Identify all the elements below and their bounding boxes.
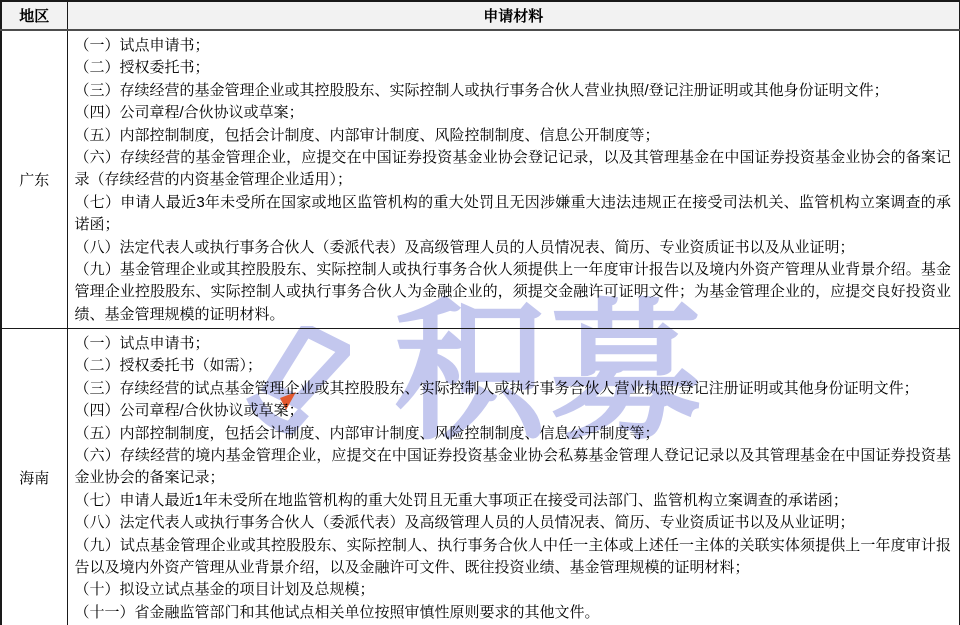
- material-item: （七）申请人最近1年未受所在地监管机构的重大处罚且无重大事项正在接受司法部门、监…: [75, 490, 952, 512]
- material-item: （五）内部控制制度，包括会计制度、内部审计制度、风险控制制度、信息公开制度等；: [75, 423, 952, 445]
- materials-cell: （一）试点申请书； （二）授权委托书； （三）存续经营的基金管理企业或其控股股东…: [67, 30, 960, 329]
- material-item: （一）试点申请书；: [75, 333, 952, 355]
- material-item: （三）存续经营的基金管理企业或其控股股东、实际控制人或执行事务合伙人营业执照/登…: [75, 80, 952, 102]
- material-item: （六）存续经营的基金管理企业，应提交在中国证券投资基金业协会登记记录，以及其管理…: [75, 147, 952, 192]
- material-item: （二）授权委托书（如需）；: [75, 355, 952, 377]
- region-cell: 海南: [1, 329, 67, 625]
- region-cell: 广东: [1, 30, 67, 329]
- header-row: 地区 申请材料: [1, 1, 960, 30]
- material-item: （九）基金管理企业或其控股股东、实际控制人或执行事务合伙人须提供上一年度审计报告…: [75, 259, 952, 326]
- table-row-guangdong: 广东 （一）试点申请书； （二）授权委托书； （三）存续经营的基金管理企业或其控…: [1, 30, 960, 329]
- material-item: （二）授权委托书；: [75, 57, 952, 79]
- material-item: （八）法定代表人或执行事务合伙人（委派代表）及高级管理人员的人员情况表、简历、专…: [75, 237, 952, 259]
- material-item: （九）试点基金管理企业或其控股股东、实际控制人、执行事务合伙人中任一主体或上述任…: [75, 535, 952, 580]
- material-item: （一）试点申请书；: [75, 35, 952, 57]
- material-item: （八）法定代表人或执行事务合伙人（委派代表）及高级管理人员的人员情况表、简历、专…: [75, 512, 952, 534]
- material-item: （四）公司章程/合伙协议或草案；: [75, 400, 952, 422]
- material-item: （五）内部控制制度，包括会计制度、内部审计制度、风险控制制度、信息公开制度等；: [75, 125, 952, 147]
- material-item: （六）存续经营的境内基金管理企业，应提交在中国证券投资基金业协会私募基金管理人登…: [75, 445, 952, 490]
- header-region: 地区: [1, 1, 67, 30]
- material-item: （七）申请人最近3年未受所在国家或地区监管机构的重大处罚且无因涉嫌重大违法违规正…: [75, 192, 952, 237]
- document-page: 积 募 地区 申请材料 广东 （一）试点申请书； （二）授权委托书； （三）存续…: [0, 0, 960, 625]
- material-item: （三）存续经营的试点基金管理企业或其控股股东、实际控制人或执行事务合伙人营业执照…: [75, 378, 952, 400]
- application-materials-table: 地区 申请材料 广东 （一）试点申请书； （二）授权委托书； （三）存续经营的基…: [0, 0, 960, 625]
- material-item: （十）拟设立试点基金的项目计划及总规模；: [75, 579, 952, 601]
- material-item: （四）公司章程/合伙协议或草案；: [75, 102, 952, 124]
- material-item: （十一）省金融监管部门和其他试点相关单位按照审慎性原则要求的其他文件。: [75, 602, 952, 624]
- table-row-hainan: 海南 （一）试点申请书； （二）授权委托书（如需）； （三）存续经营的试点基金管…: [1, 329, 960, 625]
- materials-cell: （一）试点申请书； （二）授权委托书（如需）； （三）存续经营的试点基金管理企业…: [67, 329, 960, 625]
- header-materials: 申请材料: [67, 1, 960, 30]
